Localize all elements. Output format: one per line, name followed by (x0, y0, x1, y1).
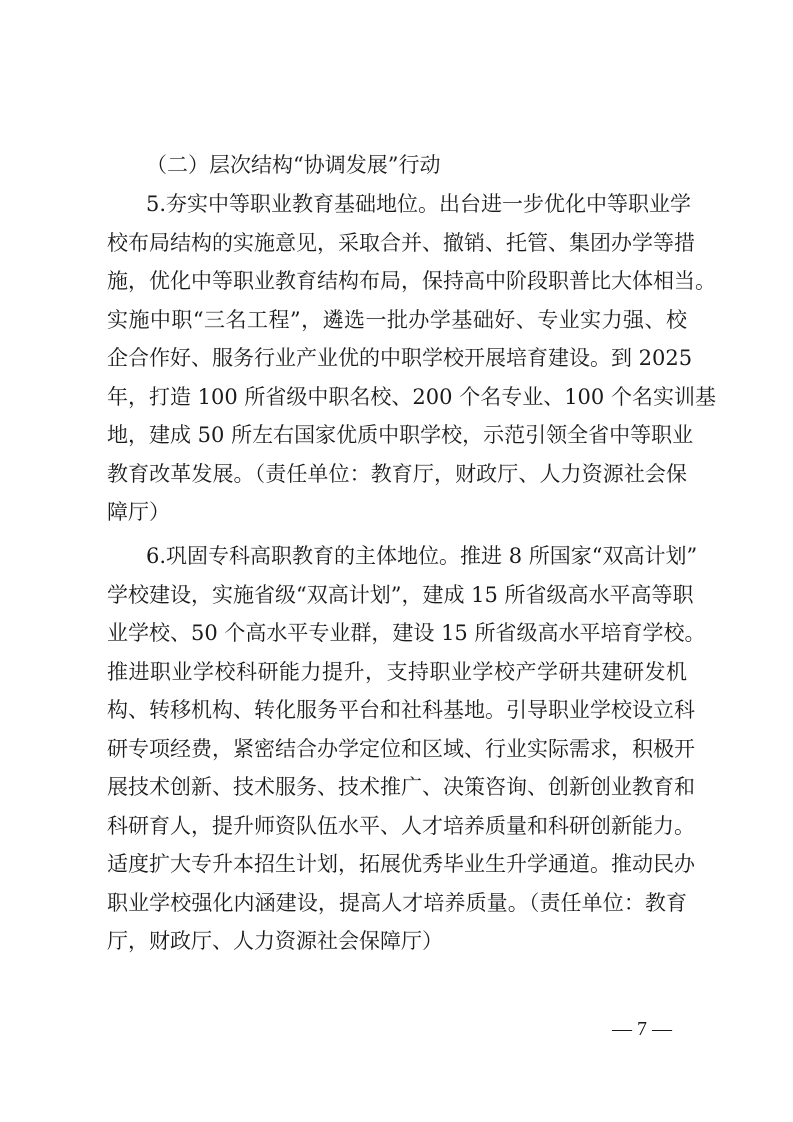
paragraph-line: 年，打造 100 所省级中职名校、200 个名专业、100 个名实训基 (107, 382, 687, 412)
paragraph-line: 教育改革发展。（责任单位：教育厅，财政厅、人力资源社会保 (107, 459, 687, 489)
section-heading: （二）层次结构“协调发展”行动 (146, 150, 440, 180)
paragraph-line: 业学校、50 个高水平专业群，建设 15 所省级高水平培育学校。 (107, 618, 687, 648)
paragraph-line: 企合作好、服务行业产业优的中职学校开展培育建设。到 2025 (107, 343, 687, 373)
paragraph-line: 学校建设，实施省级“双高计划”，建成 15 所省级高水平高等职 (107, 580, 687, 610)
paragraph-line: 5.夯实中等职业教育基础地位。出台进一步优化中等职业学 (146, 189, 687, 219)
paragraph-line: 职业学校强化内涵建设，提高人才培养质量。（责任单位：教育 (107, 888, 687, 918)
paragraph-line: 研专项经费，紧密结合办学定位和区域、行业实际需求，积极开 (107, 734, 687, 764)
paragraph-line: 推进职业学校科研能力提升，支持职业学校产学研共建研发机 (107, 657, 687, 687)
paragraph-line: 科研育人，提升师资队伍水平、人才培养质量和科研创新能力。 (107, 811, 687, 841)
paragraph-line: 障厅） (107, 497, 687, 527)
paragraph-line: 地，建成 50 所左右国家优质中职学校，示范引领全省中等职业 (107, 420, 687, 450)
paragraph-line: 施，优化中等职业教育结构布局，保持高中阶段职普比大体相当。 (107, 266, 687, 296)
paragraph-line: 6.巩固专科高职教育的主体地位。推进 8 所国家“双高计划” (146, 541, 687, 571)
paragraph-line: 展技术创新、技术服务、技术推广、决策咨询、创新创业教育和 (107, 772, 687, 802)
paragraph-line: 厅，财政厅、人力资源社会保障厅） (107, 926, 687, 956)
document-page: （二）层次结构“协调发展”行动 5.夯实中等职业教育基础地位。出台进一步优化中等… (0, 0, 793, 1122)
paragraph-line: 构、转移机构、转化服务平台和社科基地。引导职业学校设立科 (107, 695, 687, 725)
page-number: — 7 — (612, 1018, 672, 1041)
paragraph-line: 实施中职“三名工程”，遴选一批办学基础好、专业实力强、校 (107, 305, 687, 335)
paragraph-line: 适度扩大专升本招生计划，拓展优秀毕业生升学通道。推动民办 (107, 849, 687, 879)
paragraph-line: 校布局结构的实施意见，采取合并、撤销、托管、集团办学等措 (107, 228, 687, 258)
